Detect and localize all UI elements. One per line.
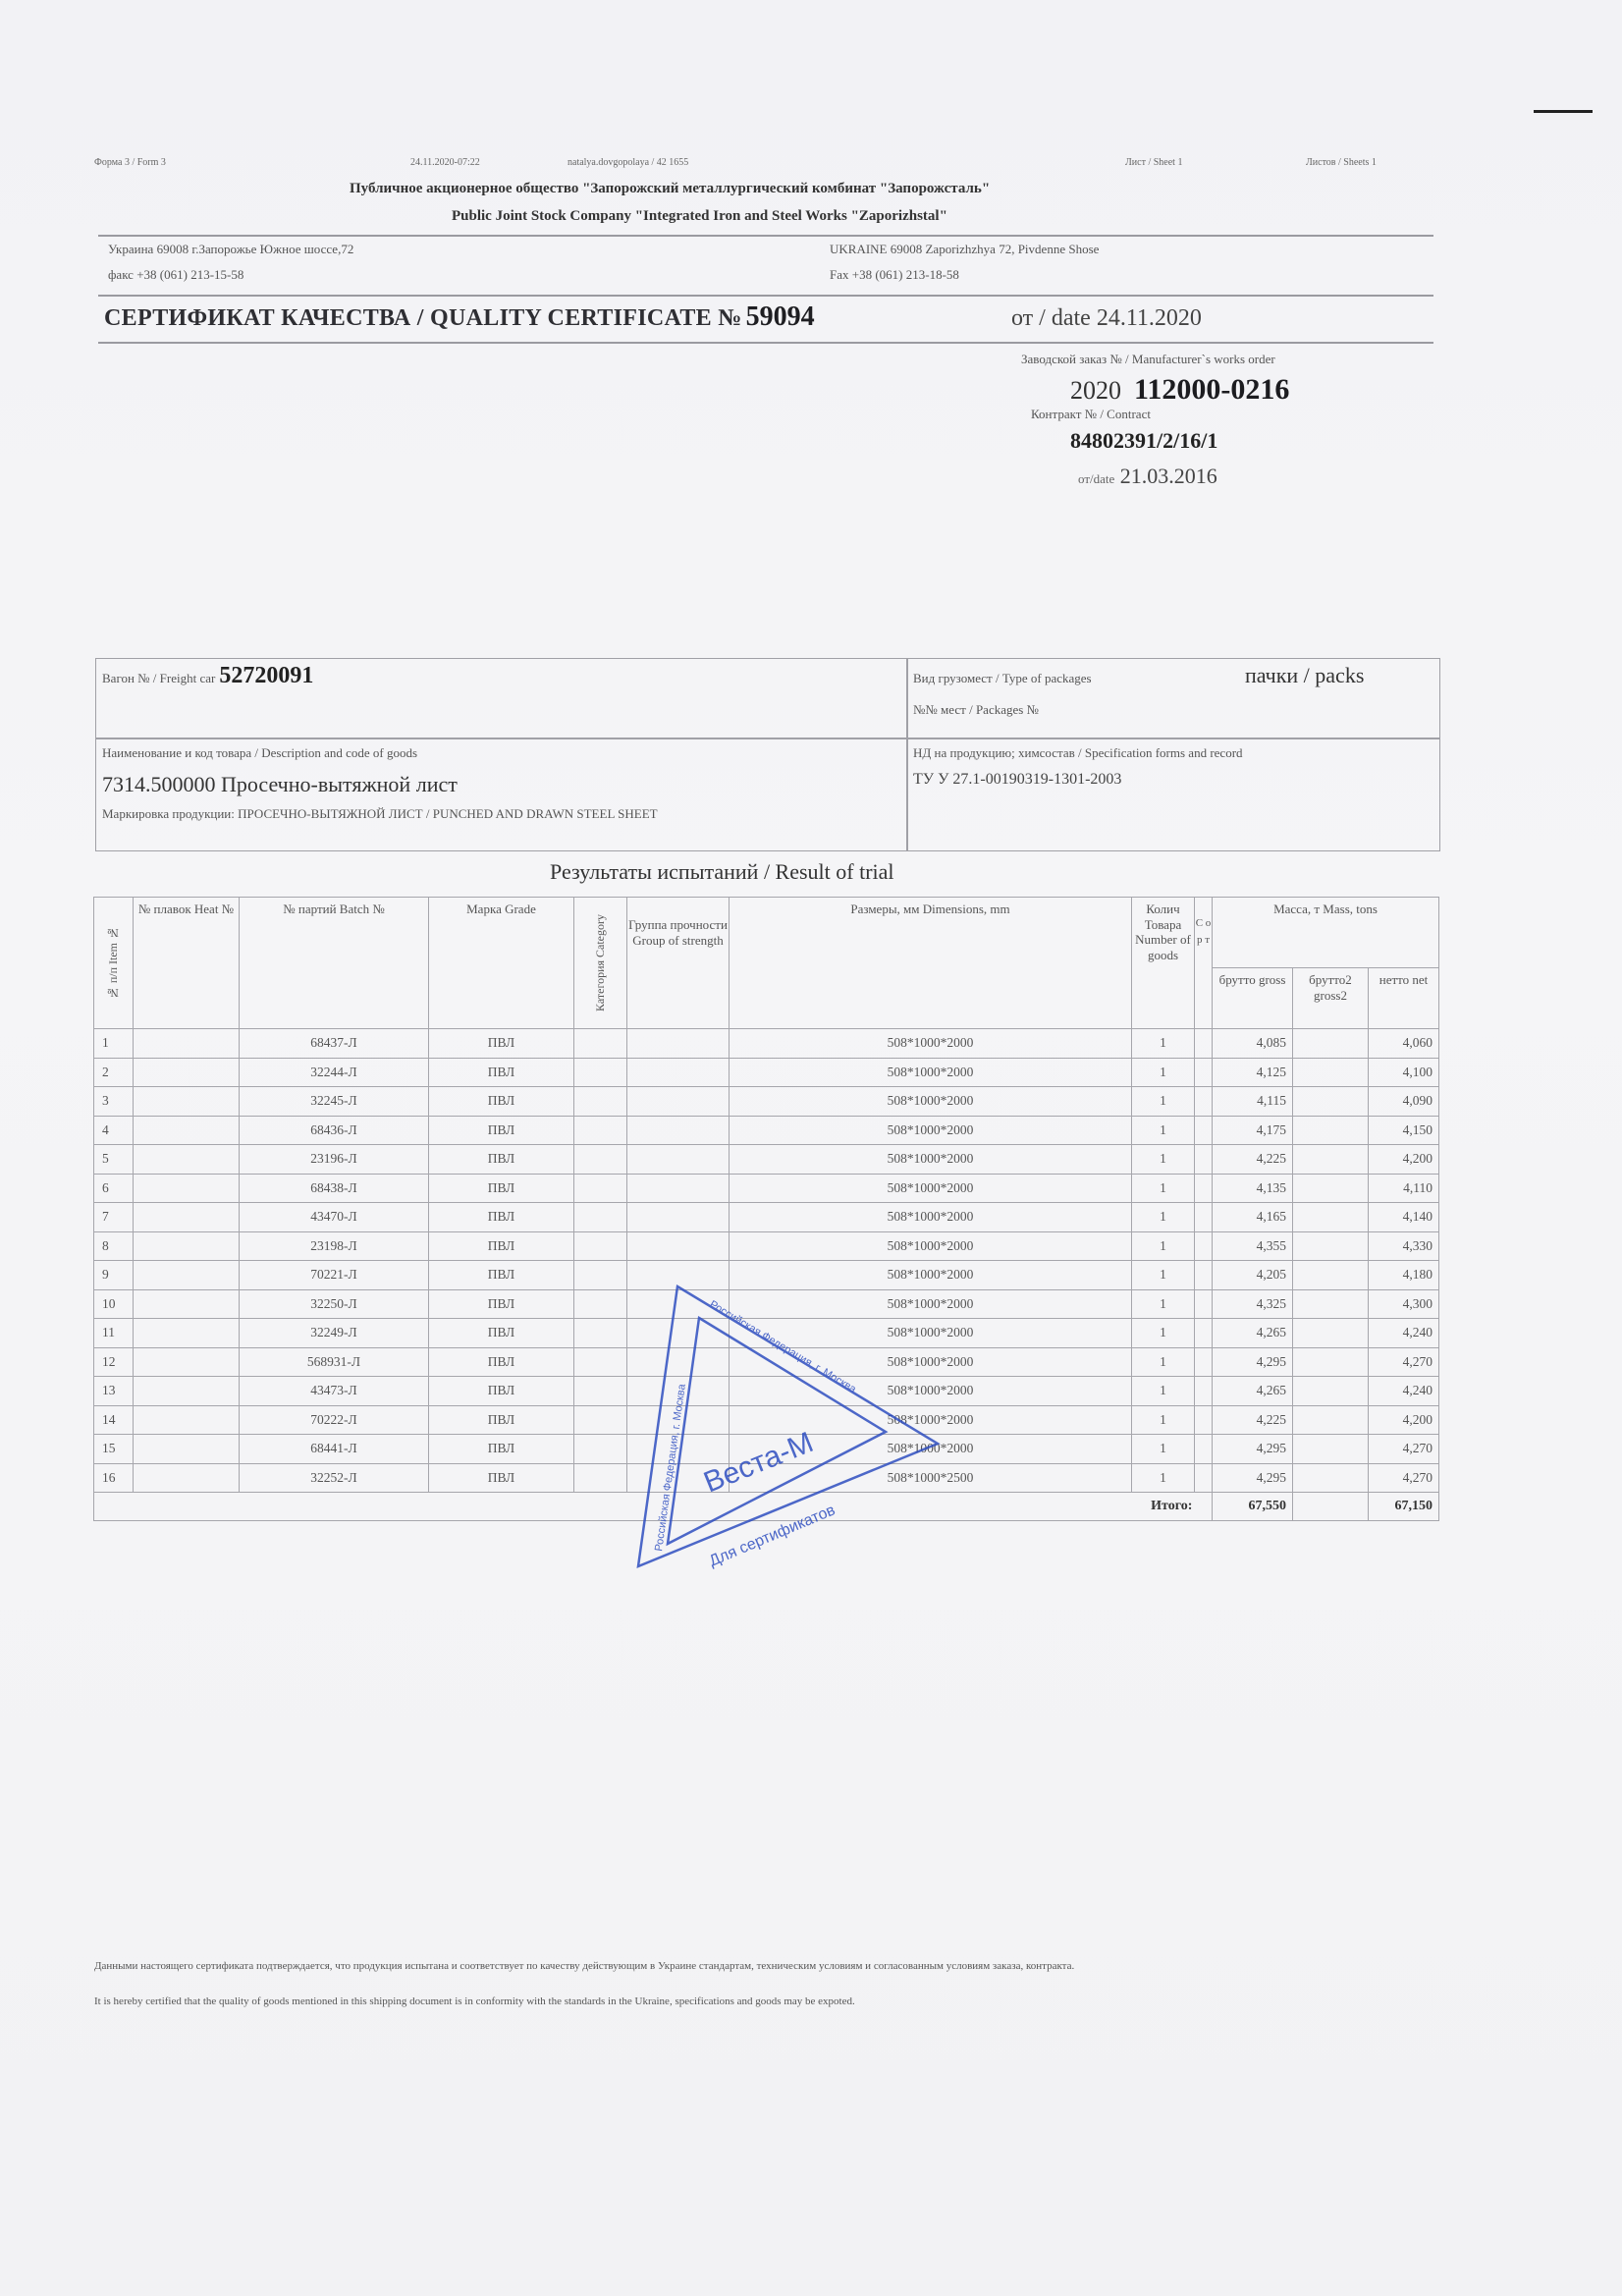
certificate-date-line: от / date 24.11.2020: [1011, 305, 1202, 332]
cell-net: 4,270: [1369, 1347, 1439, 1377]
form-label: Форма 3 / Form 3: [94, 157, 166, 168]
cell-quantity: 1: [1132, 1463, 1195, 1493]
cell-batch: 68437-Л: [240, 1029, 429, 1059]
cell-sort: [1195, 1174, 1213, 1203]
cell-grade: ПВЛ: [429, 1463, 574, 1493]
cell-heat: [134, 1174, 240, 1203]
col-header-mass: Масса, т Mass, tons: [1213, 898, 1439, 968]
packages-number-label: №№ мест / Packages №: [913, 702, 1039, 718]
cell-quantity: 1: [1132, 1029, 1195, 1059]
cell-gross: 4,085: [1213, 1029, 1293, 1059]
cell-dimensions: 508*1000*2000: [730, 1058, 1132, 1087]
cell-category: [574, 1174, 627, 1203]
cell-strength: [627, 1058, 730, 1087]
company-name-en: Public Joint Stock Company "Integrated I…: [452, 208, 947, 225]
cell-gross2: [1293, 1435, 1369, 1464]
cell-gross2: [1293, 1261, 1369, 1290]
cell-gross2: [1293, 1145, 1369, 1175]
company-name-ru: Публичное акционерное общество "Запорожс…: [350, 181, 990, 197]
cell-quantity: 1: [1132, 1289, 1195, 1319]
address-ru: Украина 69008 г.Запорожье Южное шоссе,72: [108, 242, 353, 257]
cell-gross: 4,125: [1213, 1058, 1293, 1087]
cell-net: 4,090: [1369, 1087, 1439, 1117]
certificate-title-line: СЕРТИФИКАТ КАЧЕСТВА / QUALITY CERTIFICAT…: [104, 301, 815, 333]
certification-statement-ru: Данными настоящего сертификата подтвержд…: [94, 1959, 1498, 1974]
works-order-year: 2020: [1070, 376, 1121, 405]
cell-batch: 568931-Л: [240, 1347, 429, 1377]
results-title: Результаты испытаний / Result of trial: [550, 859, 894, 885]
cell-quantity: 1: [1132, 1058, 1195, 1087]
cell-heat: [134, 1145, 240, 1175]
cell-grade: ПВЛ: [429, 1405, 574, 1435]
cell-sort: [1195, 1087, 1213, 1117]
cell-grade: ПВЛ: [429, 1319, 574, 1348]
cell-quantity: 1: [1132, 1203, 1195, 1232]
cell-gross: 4,355: [1213, 1231, 1293, 1261]
cell-heat: [134, 1116, 240, 1145]
cell-sort: [1195, 1261, 1213, 1290]
cell-strength: [627, 1174, 730, 1203]
table-row: 823198-ЛПВЛ508*1000*200014,3554,330: [94, 1231, 1439, 1261]
cell-dimensions: 508*1000*2000: [730, 1145, 1132, 1175]
cell-gross: 4,205: [1213, 1261, 1293, 1290]
cell-dimensions: 508*1000*2000: [730, 1116, 1132, 1145]
certificate-page: Форма 3 / Form 3 24.11.2020-07:22 nataly…: [0, 0, 1622, 2296]
cell-sort: [1195, 1435, 1213, 1464]
cell-sort: [1195, 1116, 1213, 1145]
cell-heat: [134, 1058, 240, 1087]
cell-dimensions: 508*1000*2000: [730, 1231, 1132, 1261]
total-gross2: [1293, 1493, 1369, 1521]
cell-net: 4,100: [1369, 1058, 1439, 1087]
cell-dimensions: 508*1000*2000: [730, 1203, 1132, 1232]
cell-grade: ПВЛ: [429, 1058, 574, 1087]
cell-batch: 43470-Л: [240, 1203, 429, 1232]
cell-item: 5: [94, 1145, 134, 1175]
freight-car-label: Вагон № / Freight car: [102, 671, 215, 685]
cell-strength: [627, 1231, 730, 1261]
cell-gross: 4,225: [1213, 1145, 1293, 1175]
goods-description-label: Наименование и код товара / Description …: [102, 745, 417, 761]
cell-gross2: [1293, 1405, 1369, 1435]
cell-item: 6: [94, 1174, 134, 1203]
cell-dimensions: 508*1000*2000: [730, 1029, 1132, 1059]
col-header-category: Категория Category: [574, 898, 627, 1029]
cell-item: 8: [94, 1231, 134, 1261]
stamp-name: Веста-М: [699, 1426, 818, 1499]
vesta-m-stamp: Российская Федерация, г. Москва Российск…: [619, 1267, 952, 1581]
cell-net: 4,270: [1369, 1463, 1439, 1493]
cell-batch: 70222-Л: [240, 1405, 429, 1435]
certificate-number: 59094: [746, 301, 815, 332]
col-header-batch: № партий Batch №: [240, 898, 429, 1029]
cell-quantity: 1: [1132, 1435, 1195, 1464]
print-timestamp: 24.11.2020-07:22: [410, 157, 480, 168]
cell-category: [574, 1029, 627, 1059]
cell-heat: [134, 1463, 240, 1493]
contract-date-line: от/date 21.03.2016: [1078, 464, 1217, 489]
works-order-number: 112000-0216: [1134, 373, 1289, 406]
cell-net: 4,060: [1369, 1029, 1439, 1059]
freight-car-line: Вагон № / Freight car 52720091: [102, 663, 313, 689]
cell-grade: ПВЛ: [429, 1145, 574, 1175]
cell-grade: ПВЛ: [429, 1435, 574, 1464]
col-header-gross2: брутто2 gross2: [1293, 968, 1369, 1029]
col-header-net: нетто net: [1369, 968, 1439, 1029]
cell-net: 4,240: [1369, 1377, 1439, 1406]
cell-gross: 4,225: [1213, 1405, 1293, 1435]
col-header-dimensions: Размеры, мм Dimensions, mm: [730, 898, 1132, 1029]
cell-strength: [627, 1087, 730, 1117]
cell-item: 13: [94, 1377, 134, 1406]
totals-label: Итого:: [1132, 1493, 1213, 1521]
cell-grade: ПВЛ: [429, 1289, 574, 1319]
cell-strength: [627, 1116, 730, 1145]
cell-net: 4,200: [1369, 1405, 1439, 1435]
cell-heat: [134, 1231, 240, 1261]
cell-gross: 4,135: [1213, 1174, 1293, 1203]
cell-sort: [1195, 1231, 1213, 1261]
cell-gross: 4,295: [1213, 1463, 1293, 1493]
col-header-sort: С о р т: [1195, 898, 1213, 1029]
cell-item: 10: [94, 1289, 134, 1319]
fax-ru: факс +38 (061) 213-15-58: [108, 267, 243, 283]
cell-item: 1: [94, 1029, 134, 1059]
certificate-title: СЕРТИФИКАТ КАЧЕСТВА / QUALITY CERTIFICAT…: [104, 305, 742, 331]
cell-heat: [134, 1289, 240, 1319]
cell-dimensions: 508*1000*2000: [730, 1174, 1132, 1203]
cell-gross2: [1293, 1347, 1369, 1377]
cell-heat: [134, 1319, 240, 1348]
cell-item: 14: [94, 1405, 134, 1435]
cell-grade: ПВЛ: [429, 1174, 574, 1203]
info-box-vertical-divider: [906, 659, 908, 850]
col-header-strength: Группа прочности Group of strength: [627, 898, 730, 1029]
cell-item: 11: [94, 1319, 134, 1348]
table-row: 668438-ЛПВЛ508*1000*200014,1354,110: [94, 1174, 1439, 1203]
table-row: 523196-ЛПВЛ508*1000*200014,2254,200: [94, 1145, 1439, 1175]
cell-gross2: [1293, 1087, 1369, 1117]
cell-sort: [1195, 1463, 1213, 1493]
certificate-date-label: от / date: [1011, 305, 1091, 331]
fax-en: Fax +38 (061) 213-18-58: [830, 267, 959, 283]
user-reference: natalya.dovgopolaya / 42 1655: [568, 157, 688, 168]
cell-batch: 68438-Л: [240, 1174, 429, 1203]
certificate-date: 24.11.2020: [1097, 305, 1202, 331]
cell-quantity: 1: [1132, 1087, 1195, 1117]
cell-heat: [134, 1377, 240, 1406]
cell-sort: [1195, 1289, 1213, 1319]
table-row: 743470-ЛПВЛ508*1000*200014,1654,140: [94, 1203, 1439, 1232]
cell-gross2: [1293, 1029, 1369, 1059]
cell-batch: 23196-Л: [240, 1145, 429, 1175]
package-type-label: Вид грузомест / Type of packages: [913, 671, 1092, 686]
col-header-item: № п/п Item №: [94, 898, 134, 1029]
cell-net: 4,330: [1369, 1231, 1439, 1261]
table-row: 232244-ЛПВЛ508*1000*200014,1254,100: [94, 1058, 1439, 1087]
cell-quantity: 1: [1132, 1405, 1195, 1435]
cell-gross2: [1293, 1116, 1369, 1145]
cell-item: 12: [94, 1347, 134, 1377]
cell-gross2: [1293, 1058, 1369, 1087]
address-divider: [98, 295, 1433, 297]
goods-description: 7314.500000 Просечно-вытяжной лист: [102, 772, 458, 797]
cell-batch: 43473-Л: [240, 1377, 429, 1406]
cell-quantity: 1: [1132, 1377, 1195, 1406]
specification-value: ТУ У 27.1-00190319-1301-2003: [913, 771, 1121, 789]
cell-quantity: 1: [1132, 1174, 1195, 1203]
cell-batch: 32250-Л: [240, 1289, 429, 1319]
cell-gross2: [1293, 1174, 1369, 1203]
cell-sort: [1195, 1203, 1213, 1232]
cell-quantity: 1: [1132, 1261, 1195, 1290]
cell-gross: 4,265: [1213, 1377, 1293, 1406]
cell-gross: 4,295: [1213, 1435, 1293, 1464]
col-header-grade: Марка Grade: [429, 898, 574, 1029]
cell-quantity: 1: [1132, 1319, 1195, 1348]
cell-sort: [1195, 1319, 1213, 1348]
sheet-count: Листов / Sheets 1: [1306, 157, 1377, 168]
cell-item: 3: [94, 1087, 134, 1117]
package-type: пачки / packs: [1245, 663, 1364, 688]
cell-gross2: [1293, 1203, 1369, 1232]
cell-strength: [627, 1145, 730, 1175]
cell-batch: 23198-Л: [240, 1231, 429, 1261]
cell-gross2: [1293, 1319, 1369, 1348]
cell-grade: ПВЛ: [429, 1029, 574, 1059]
contract-number: 84802391/2/16/1: [1070, 428, 1217, 454]
scan-edge-mark: [1534, 110, 1593, 113]
cell-grade: ПВЛ: [429, 1203, 574, 1232]
cell-sort: [1195, 1347, 1213, 1377]
freight-car-number: 52720091: [219, 663, 313, 688]
cell-category: [574, 1231, 627, 1261]
cell-item: 16: [94, 1463, 134, 1493]
cell-heat: [134, 1405, 240, 1435]
cell-quantity: 1: [1132, 1116, 1195, 1145]
cell-gross: 4,265: [1213, 1319, 1293, 1348]
cell-item: 4: [94, 1116, 134, 1145]
cell-dimensions: 508*1000*2000: [730, 1087, 1132, 1117]
cell-net: 4,270: [1369, 1435, 1439, 1464]
cell-heat: [134, 1029, 240, 1059]
cell-grade: ПВЛ: [429, 1377, 574, 1406]
cell-batch: 32245-Л: [240, 1087, 429, 1117]
sheet-number: Лист / Sheet 1: [1125, 157, 1182, 168]
cell-grade: ПВЛ: [429, 1087, 574, 1117]
cell-batch: 68436-Л: [240, 1116, 429, 1145]
cell-gross2: [1293, 1231, 1369, 1261]
cell-gross: 4,295: [1213, 1347, 1293, 1377]
cell-strength: [627, 1029, 730, 1059]
certification-statement-en: It is hereby certified that the quality …: [94, 1995, 1498, 2009]
title-divider: [98, 342, 1433, 344]
info-box-horizontal-divider: [96, 738, 1439, 739]
cell-grade: ПВЛ: [429, 1261, 574, 1290]
cell-category: [574, 1116, 627, 1145]
works-order-label: Заводской заказ № / Manufacturer`s works…: [1021, 352, 1275, 367]
table-row: 468436-ЛПВЛ508*1000*200014,1754,150: [94, 1116, 1439, 1145]
cell-grade: ПВЛ: [429, 1347, 574, 1377]
cell-gross: 4,165: [1213, 1203, 1293, 1232]
cell-item: 15: [94, 1435, 134, 1464]
contract-date: 21.03.2016: [1120, 464, 1217, 488]
specification-label: НД на продукцию; химсостав / Specificati…: [913, 745, 1243, 761]
works-order: 2020 112000-0216: [1070, 373, 1289, 407]
cell-strength: [627, 1203, 730, 1232]
cell-gross2: [1293, 1463, 1369, 1493]
cell-item: 9: [94, 1261, 134, 1290]
total-net: 67,150: [1369, 1493, 1439, 1521]
cell-quantity: 1: [1132, 1347, 1195, 1377]
cell-net: 4,240: [1369, 1319, 1439, 1348]
cell-batch: 32244-Л: [240, 1058, 429, 1087]
col-header-quantity: Колич Товара Number of goods: [1132, 898, 1195, 1029]
cell-item: 2: [94, 1058, 134, 1087]
cell-category: [574, 1058, 627, 1087]
cell-heat: [134, 1347, 240, 1377]
cell-category: [574, 1145, 627, 1175]
total-gross: 67,550: [1213, 1493, 1293, 1521]
cell-grade: ПВЛ: [429, 1116, 574, 1145]
cell-net: 4,140: [1369, 1203, 1439, 1232]
cell-net: 4,180: [1369, 1261, 1439, 1290]
cell-gross: 4,175: [1213, 1116, 1293, 1145]
cell-heat: [134, 1203, 240, 1232]
cell-batch: 68441-Л: [240, 1435, 429, 1464]
cell-sort: [1195, 1405, 1213, 1435]
cell-grade: ПВЛ: [429, 1231, 574, 1261]
contract-date-label: от/date: [1078, 471, 1114, 486]
cell-net: 4,110: [1369, 1174, 1439, 1203]
cell-batch: 70221-Л: [240, 1261, 429, 1290]
product-marking: Маркировка продукции: ПРОСЕЧНО-ВЫТЯЖНОЙ …: [102, 806, 897, 823]
cell-gross2: [1293, 1289, 1369, 1319]
table-row: 332245-ЛПВЛ508*1000*200014,1154,090: [94, 1087, 1439, 1117]
contract-label: Контракт № / Contract: [1031, 407, 1151, 422]
cell-category: [574, 1087, 627, 1117]
cell-gross: 4,325: [1213, 1289, 1293, 1319]
cell-batch: 32249-Л: [240, 1319, 429, 1348]
stamp-text-top: Российская Федерация, г. Москва: [707, 1298, 858, 1395]
cell-net: 4,200: [1369, 1145, 1439, 1175]
totals-spacer: [94, 1493, 1132, 1521]
cell-gross: 4,115: [1213, 1087, 1293, 1117]
cell-net: 4,150: [1369, 1116, 1439, 1145]
cell-net: 4,300: [1369, 1289, 1439, 1319]
cell-sort: [1195, 1058, 1213, 1087]
header-divider: [98, 235, 1433, 237]
cell-item: 7: [94, 1203, 134, 1232]
table-row: 168437-ЛПВЛ508*1000*200014,0854,060: [94, 1029, 1439, 1059]
cell-batch: 32252-Л: [240, 1463, 429, 1493]
shipment-info-box: Вагон № / Freight car 52720091 Вид грузо…: [95, 658, 1440, 851]
col-header-heat: № плавок Heat №: [134, 898, 240, 1029]
cell-sort: [1195, 1377, 1213, 1406]
cell-sort: [1195, 1145, 1213, 1175]
cell-gross2: [1293, 1377, 1369, 1406]
cell-quantity: 1: [1132, 1145, 1195, 1175]
cell-heat: [134, 1087, 240, 1117]
col-header-gross: брутто gross: [1213, 968, 1293, 1029]
cell-category: [574, 1203, 627, 1232]
cell-quantity: 1: [1132, 1231, 1195, 1261]
cell-sort: [1195, 1029, 1213, 1059]
address-en: UKRAINE 69008 Zaporizhzhya 72, Pivdenne …: [830, 242, 1099, 257]
cell-heat: [134, 1435, 240, 1464]
cell-heat: [134, 1261, 240, 1290]
